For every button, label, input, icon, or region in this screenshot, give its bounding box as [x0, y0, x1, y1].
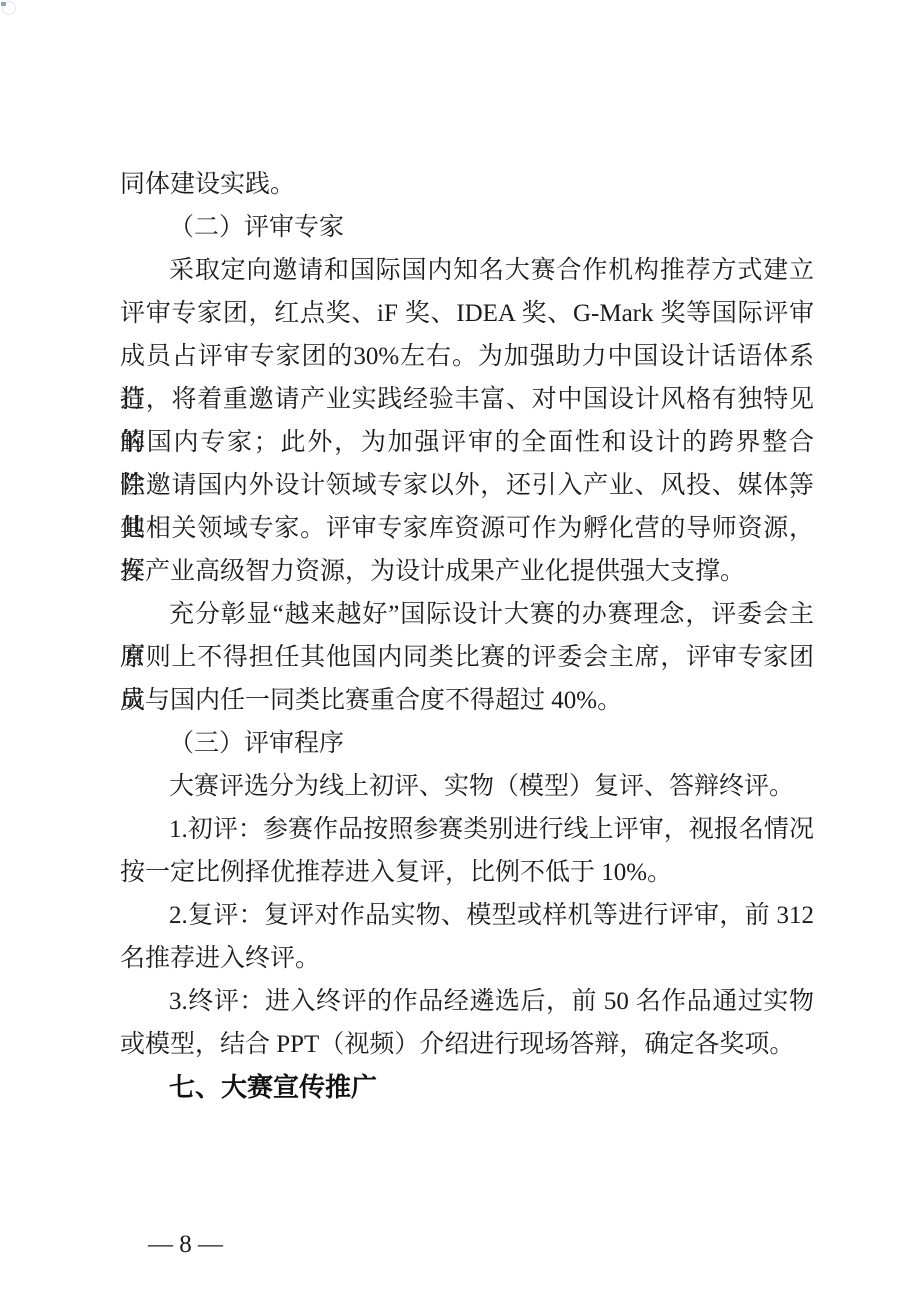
scanner-corner-artifact [2, 1, 16, 15]
text-line: 或模型，结合 PPT（视频）介绍进行现场答辩，确定各奖项。 [120, 1023, 814, 1066]
text-line: 挥产业高级智力资源，为设计成果产业化提供强大支撑。 [120, 550, 814, 593]
sub-heading-line: 大赛评选分为线上初评、实物（模型）复评、答辩终评。 [120, 765, 814, 808]
text-line: 按一定比例择优推荐进入复评，比例不低于 10%。 [120, 851, 814, 894]
text-line: 充分彰显“越来越好”国际设计大赛的办赛理念，评委会主席 [120, 593, 814, 636]
document-page: 同体建设实践。（二）评审专家采取定向邀请和国际国内知名大赛合作机构推荐方式建立评… [0, 0, 919, 1299]
sub-heading-line: （二）评审专家 [120, 206, 814, 249]
text-line: 1.初评：参赛作品按照参赛类别进行线上评审，视报名情况 [120, 808, 814, 851]
text-line: 评审专家团，红点奖、iF 奖、IDEA 奖、G-Mark 奖等国际评审 [120, 292, 814, 335]
text-line: 成员占评审专家团的30%左右。为加强助力中国设计话语体系打 [120, 335, 814, 378]
text-line: 采取定向邀请和国际国内知名大赛合作机构推荐方式建立 [120, 249, 814, 292]
text-line: 名推荐进入终评。 [120, 937, 814, 980]
text-line: 员与国内任一同类比赛重合度不得超过 40%。 [120, 679, 814, 722]
text-line: 除邀请国内外设计领域专家以外，还引入产业、风投、媒体等其 [120, 464, 814, 507]
text-line: 的国内专家；此外，为加强评审的全面性和设计的跨界整合性， [120, 421, 814, 464]
page-footer: — 8 — [123, 1194, 223, 1228]
text-line: 原则上不得担任其他国内同类比赛的评委会主席，评审专家团成 [120, 636, 814, 679]
section-heading: 七、大赛宣传推广 [120, 1066, 814, 1109]
text-line: 2.复评：复评对作品实物、模型或样机等进行评审，前 312 [120, 894, 814, 937]
text-line: 他相关领域专家。评审专家库资源可作为孵化营的导师资源，发 [120, 507, 814, 550]
page-number: — 8 — [148, 1231, 223, 1258]
document-text-block: 同体建设实践。（二）评审专家采取定向邀请和国际国内知名大赛合作机构推荐方式建立评… [120, 163, 814, 1109]
text-line: 3.终评：进入终评的作品经遴选后，前 50 名作品通过实物 [120, 980, 814, 1023]
text-line: 同体建设实践。 [120, 163, 814, 206]
sub-heading-line: （三）评审程序 [120, 722, 814, 765]
text-line: 造，将着重邀请产业实践经验丰富、对中国设计风格有独特见解 [120, 378, 814, 421]
